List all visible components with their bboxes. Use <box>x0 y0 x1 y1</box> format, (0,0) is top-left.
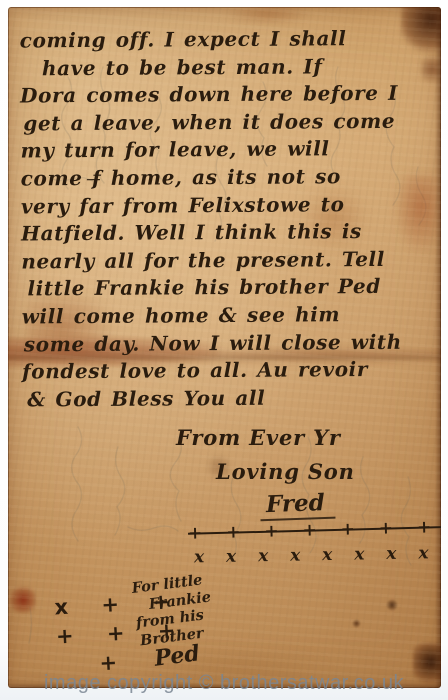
letter-line: coming off. I expect I shall <box>20 25 434 55</box>
letter-line: come f̶ home, as its not so <box>21 163 435 193</box>
dedication-line: Ped <box>154 643 219 668</box>
letter-line: get a leave, when it does come <box>23 107 434 137</box>
stain-bottom-left <box>10 587 36 613</box>
letter-line: some day. Now I will close with <box>24 328 436 358</box>
stain-top-center <box>223 7 313 25</box>
closing-line-2: Loving Son <box>216 459 355 484</box>
letter-line: Dora comes down here before I <box>20 80 434 110</box>
watermark-text: image copyright © brothersatwar.co.uk <box>0 672 448 695</box>
closing-line-1: From Ever Yr <box>176 425 341 450</box>
letter-line: little Frankie his brother Ped <box>27 273 435 303</box>
stain-dot-2 <box>352 619 361 628</box>
letter-line: will come home & see him <box>22 300 436 330</box>
letter-line: Hatfield. Well I think this is <box>21 218 435 248</box>
letter-line: very far from Felixstowe to <box>21 190 435 220</box>
letter-line: & God Bless You all <box>27 383 436 413</box>
stain-dot-1 <box>386 599 398 611</box>
letter-line: nearly all for the present. Tell <box>21 245 435 275</box>
scanned-letter-photo: coming off. I expect I shall have to be … <box>0 0 448 700</box>
letter-line: have to be best man. If <box>42 52 434 82</box>
dedication-note: For little Frankie from his Brother Ped <box>131 571 219 670</box>
letter-line: my turn for leave, we will <box>20 135 434 165</box>
letter-body: coming off. I expect I shall have to be … <box>20 25 437 414</box>
kisses-row-struck: + + + + + + + + <box>188 516 441 544</box>
letter-line: fondest love to all. Au revoir <box>22 356 436 386</box>
letter-paper: coming off. I expect I shall have to be … <box>8 7 441 688</box>
kisses-row: x x x x x x x x x <box>194 543 441 568</box>
signature: Fred <box>259 489 335 522</box>
